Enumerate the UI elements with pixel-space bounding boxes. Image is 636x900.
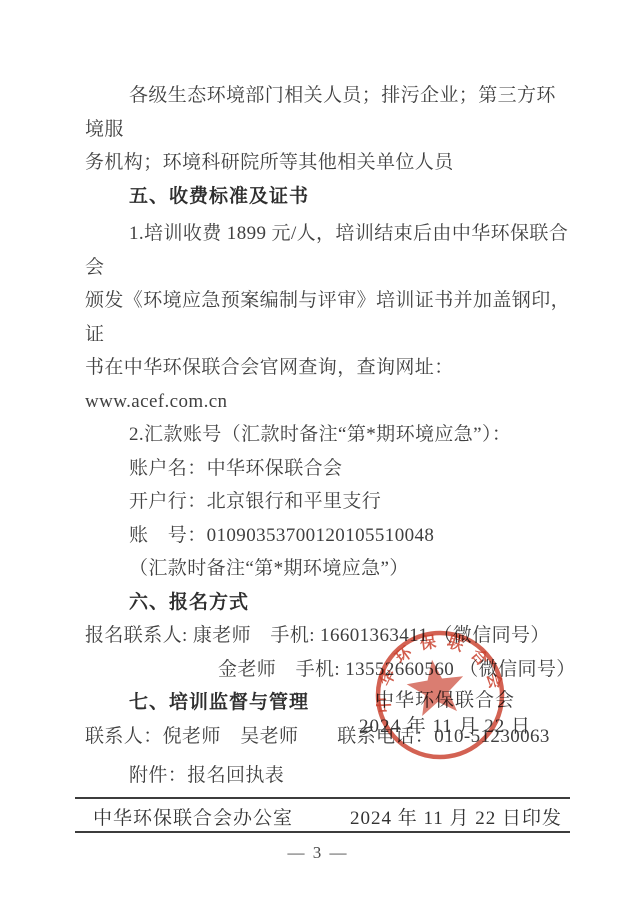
footer-date: 2024 年 11 月 22 日印发 bbox=[350, 803, 562, 830]
bank-line: 开户行：北京银行和平里支行 bbox=[85, 485, 571, 519]
remit-note-line: （汇款时备注“第*期环境应急”） bbox=[85, 552, 571, 586]
body-text-line: 各级生态环境部门相关人员；排污企业；第三方环境服 bbox=[85, 79, 571, 146]
footer-issuer: 中华环保联合会办公室 bbox=[93, 803, 293, 830]
attachment-line: 附件：报名回执表 bbox=[85, 759, 571, 793]
body-text-line: 颁发《环境应急预案编制与评审》培训证书并加盖钢印，证 bbox=[85, 284, 571, 351]
contact-line: 金老师 手机: 13552660560 （微信同号） bbox=[85, 653, 571, 687]
body-text-line: 2.汇款账号（汇款时备注“第*期环境应急”）： bbox=[85, 418, 571, 452]
document-body: 各级生态环境部门相关人员；排污企业；第三方环境服 务机构；环境科研院所等其他相关… bbox=[85, 79, 571, 793]
signature-block: 中华环保联合会 2024 年 11 月 22 日 bbox=[333, 688, 557, 739]
account-number-line: 账 号：01090353700120105510048 bbox=[85, 519, 571, 553]
footer-rule-bottom bbox=[75, 831, 570, 833]
document-page: 各级生态环境部门相关人员；排污企业；第三方环境服 务机构；环境科研院所等其他相关… bbox=[0, 0, 636, 900]
body-text-line: 1.培训收费 1899 元/人，培训结束后由中华环保联合会 bbox=[85, 217, 571, 284]
colophon: 中华环保联合会办公室 2024 年 11 月 22 日印发 bbox=[75, 803, 570, 830]
section-heading: 六、报名方式 bbox=[85, 586, 571, 620]
body-text-line: 务机构；环境科研院所等其他相关单位人员 bbox=[85, 146, 571, 180]
footer-rule-top bbox=[75, 797, 570, 799]
signature-date: 2024 年 11 月 22 日 bbox=[333, 714, 557, 740]
page-number: — 3 — bbox=[0, 843, 636, 863]
section-heading: 五、收费标准及证书 bbox=[85, 180, 571, 214]
body-text-line: 书在中华环保联合会官网查询，查询网址：www.acef.com.cn bbox=[85, 351, 571, 418]
contact-line: 报名联系人: 康老师 手机: 16601363411 （微信同号） bbox=[85, 619, 571, 653]
signature-org: 中华环保联合会 bbox=[333, 688, 557, 714]
account-name-line: 账户名：中华环保联合会 bbox=[85, 452, 571, 486]
